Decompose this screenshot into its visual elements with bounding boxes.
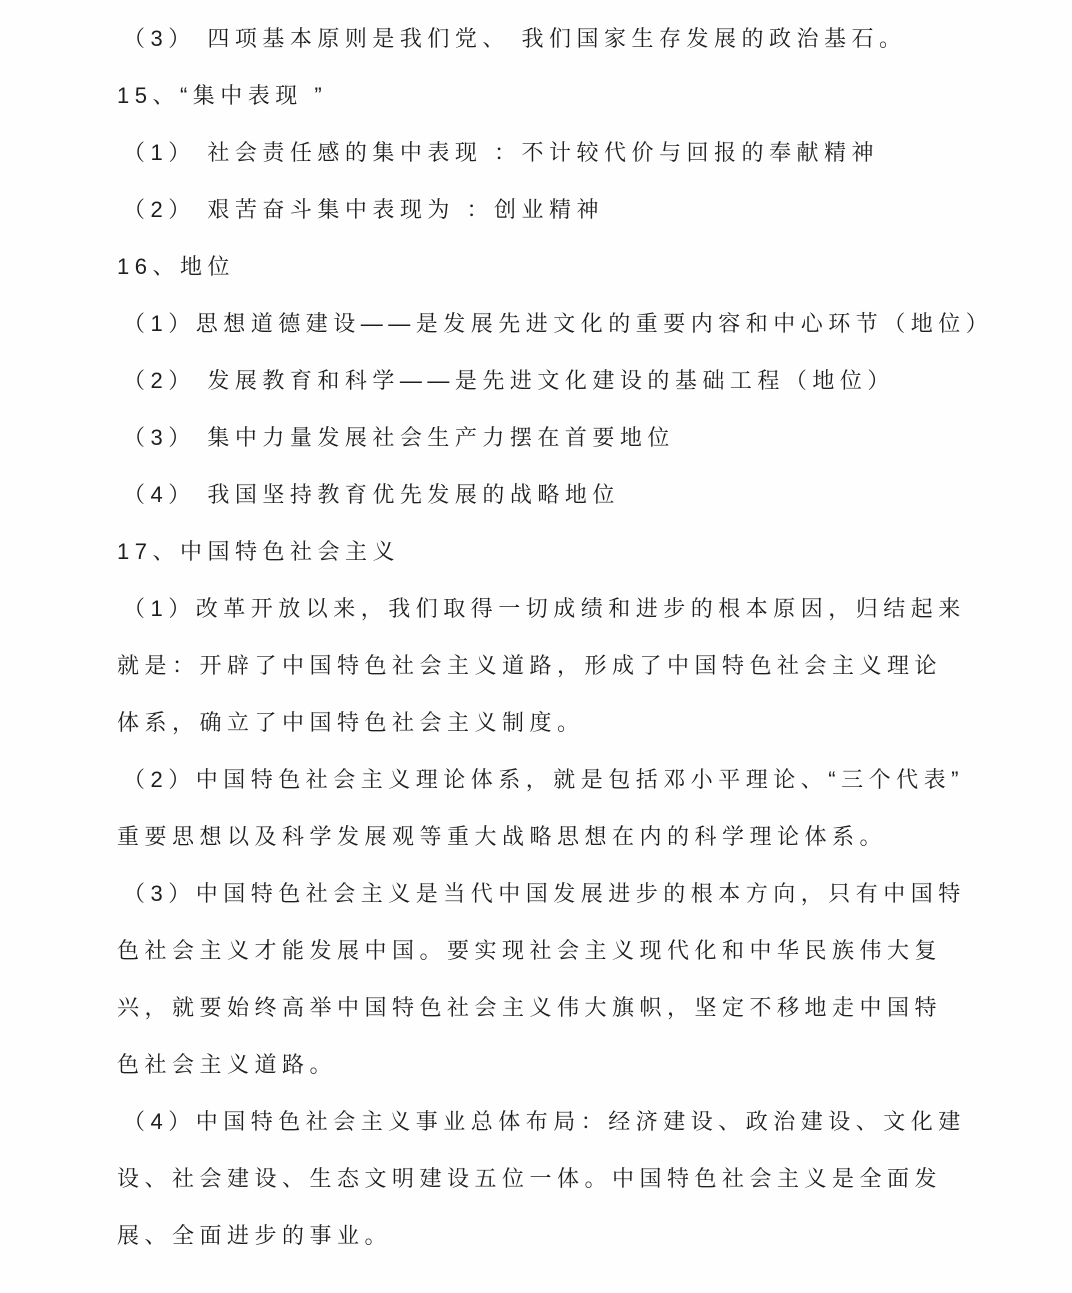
text-line: （1）思想道德建设——是发展先进文化的重要内容和中心环节（地位）	[123, 295, 964, 352]
document-page: （3） 四项基本原则是我们党、 我们国家生存发展的政治基石。 15、“集中表现 …	[0, 0, 1072, 1293]
text-line: 体系，确立了中国特色社会主义制度。	[117, 694, 964, 751]
text-line: （1）改革开放以来，我们取得一切成绩和进步的根本原因，归结起来	[123, 580, 964, 637]
text-line: 就是：开辟了中国特色社会主义道路，形成了中国特色社会主义理论	[117, 637, 964, 694]
section-heading: 16、地位	[117, 238, 964, 295]
text-line: （4） 我国坚持教育优先发展的战略地位	[123, 466, 964, 523]
text-line: 设、社会建设、生态文明建设五位一体。中国特色社会主义是全面发	[117, 1150, 964, 1207]
text-line: （3）中国特色社会主义是当代中国发展进步的根本方向，只有中国特	[123, 865, 964, 922]
text-line: 色社会主义道路。	[117, 1036, 964, 1093]
section-heading: 17、中国特色社会主义	[117, 523, 964, 580]
text-line: （2） 艰苦奋斗集中表现为 ：创业精神	[123, 181, 964, 238]
text-line: 兴，就要始终高举中国特色社会主义伟大旗帜，坚定不移地走中国特	[117, 979, 964, 1036]
text-line: （3） 四项基本原则是我们党、 我们国家生存发展的政治基石。	[123, 10, 964, 67]
section-heading: 15、“集中表现 ”	[117, 67, 964, 124]
text-line: 重要思想以及科学发展观等重大战略思想在内的科学理论体系。	[117, 808, 964, 865]
text-line: （1） 社会责任感的集中表现 ：不计较代价与回报的奉献精神	[123, 124, 964, 181]
text-line: 色社会主义才能发展中国。要实现社会主义现代化和中华民族伟大复	[117, 922, 964, 979]
text-line: （4）中国特色社会主义事业总体布局：经济建设、政治建设、文化建	[123, 1093, 964, 1150]
text-line: （3） 集中力量发展社会生产力摆在首要地位	[123, 409, 964, 466]
text-line: （2） 发展教育和科学——是先进文化建设的基础工程（地位）	[123, 352, 964, 409]
text-line: 展、全面进步的事业。	[117, 1207, 964, 1264]
text-line: （2）中国特色社会主义理论体系，就是包括邓小平理论、“三个代表”	[123, 751, 964, 808]
